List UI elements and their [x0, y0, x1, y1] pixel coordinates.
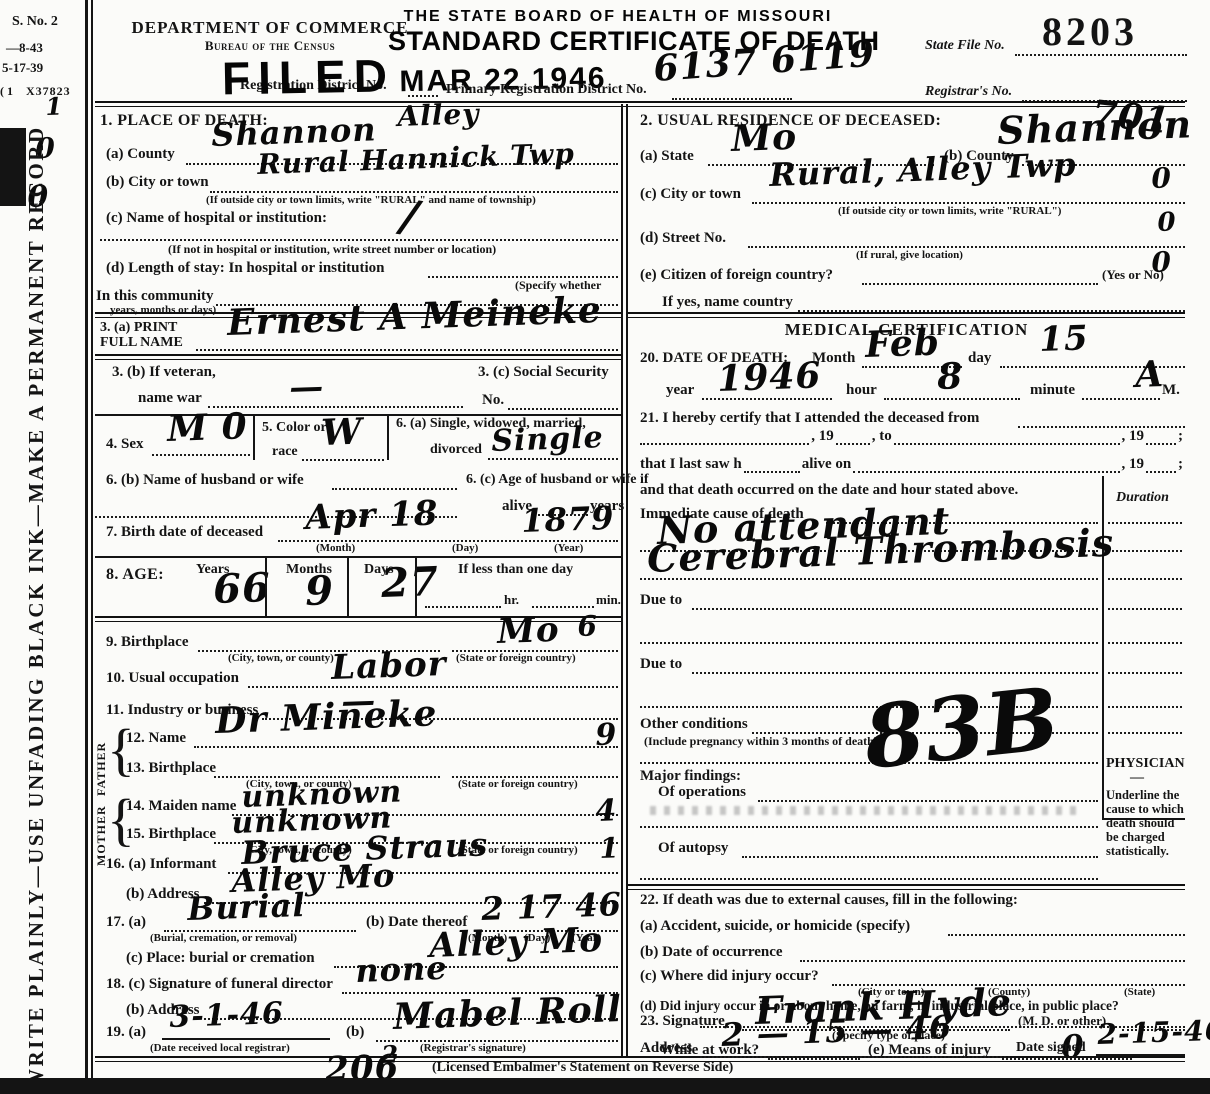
hw-father-mark: 9 — [595, 717, 618, 753]
year-label: year — [666, 382, 694, 399]
city-town-label: (b) City or town — [106, 174, 209, 191]
m-label: M. — [1162, 382, 1180, 399]
street-note: (If rural, give location) — [856, 249, 963, 261]
color-race-label2: race — [272, 444, 298, 460]
hw-death-day: 15 — [1039, 318, 1090, 360]
dotted-line — [692, 606, 1098, 610]
hw-date-signed: 2-15-46 — [1097, 1014, 1210, 1051]
form-code: S. No. 2 — [12, 14, 58, 30]
md-or-other-note: (M. D. or other) — [1018, 1013, 1106, 1029]
month-note: (Month) — [316, 542, 355, 554]
dotted-line — [836, 441, 870, 445]
sex-label: 4. Sex — [106, 436, 144, 453]
hw-death-minute: A — [1135, 353, 1165, 396]
dotted-line — [100, 237, 618, 241]
state-file-label: State File No. — [925, 38, 1005, 54]
of-operations-label: Of operations — [658, 784, 746, 801]
solid-line — [162, 1038, 330, 1040]
dotted-line — [1108, 704, 1182, 708]
birthplace-label: 9. Birthplace — [106, 634, 189, 651]
dotted-line — [532, 604, 594, 608]
hw-residence-mark: 0 — [1151, 161, 1173, 195]
dotted-line — [752, 200, 1185, 204]
birthplace-state-note: (State or foreign country) — [456, 652, 576, 664]
hw-birthplace-mark: 6 — [577, 609, 599, 643]
hw-birthplace-state: Mo — [497, 610, 561, 652]
dotted-line — [302, 457, 384, 461]
dotted-line — [853, 469, 1119, 473]
certify-19b: , 19 — [1120, 428, 1147, 445]
day-note: (Day) — [452, 542, 478, 554]
dotted-line — [1146, 441, 1176, 445]
death-certificate-page: S. No. 2 —8-43 5-17-39 ( 1 X37823 1 0 0 … — [0, 0, 1210, 1094]
cell-divider — [387, 416, 389, 460]
of-autopsy-label: Of autopsy — [658, 840, 728, 857]
hw-county-value2: Alley — [397, 97, 480, 133]
hw-birthdate-year: 1879 — [521, 499, 615, 540]
dotted-line — [640, 576, 1098, 580]
duration-header: Duration — [1116, 490, 1169, 506]
hw-mother-mark: 4 — [595, 793, 618, 829]
residence-city-label: (c) City or town — [640, 186, 741, 203]
embalmer-note: (Licensed Embalmer's Statement on Revers… — [432, 1060, 733, 1076]
registrar-number-label: Registrar's No. — [925, 84, 1012, 100]
physician-signature-label: 23. Signature — [640, 1013, 725, 1030]
color-race-label1: 5. Color or — [262, 420, 327, 436]
dotted-line — [1146, 469, 1176, 473]
dotted-line — [748, 244, 1185, 248]
form-code: ( 1 — [0, 84, 13, 99]
hour-label: hour — [846, 382, 877, 399]
min-label: min. — [596, 592, 621, 608]
hw-findings-scrawl: 83B — [859, 668, 1064, 789]
margin-instruction-vertical: WRITE PLAINLY—USE UNFADING BLACK INK—MAK… — [24, 218, 49, 1090]
birthdate-label: 7. Birth date of deceased — [106, 524, 263, 541]
dotted-line — [332, 486, 457, 490]
department-title: DEPARTMENT OF COMMERCE — [115, 18, 425, 38]
divider-horizontal — [95, 556, 621, 558]
major-findings-label: Major findings: — [640, 768, 741, 785]
marital-label2: divorced — [430, 442, 482, 458]
length-of-stay-label: (d) Length of stay: In hospital or insti… — [106, 260, 385, 277]
divider-horizontal — [628, 884, 1185, 890]
physician-dash: — — [1130, 770, 1144, 786]
day-label: day — [968, 350, 991, 367]
hw-death-month: Feb — [865, 321, 941, 366]
hw-footer-mark: 2 — [381, 1039, 400, 1069]
print-label-line1: 3. (a) PRINT — [100, 320, 177, 336]
dotted-line — [1108, 640, 1182, 644]
certify-line1: 21. I hereby certify that I attended the… — [640, 410, 979, 427]
yes-or-no-note: (Yes or No) — [1102, 267, 1164, 283]
hr-label: hr. — [504, 592, 519, 608]
hw-race-value: W — [321, 411, 364, 454]
dotted-line — [742, 854, 1098, 858]
hw-informant-mark: 1 — [599, 831, 621, 865]
injury-state-note: (State) — [1124, 986, 1155, 998]
accident-label: (a) Accident, suicide, or homicide (spec… — [640, 918, 910, 935]
physician-address-label: Address — [640, 1040, 692, 1057]
column-divider — [626, 104, 628, 1056]
dotted-line — [894, 441, 1120, 445]
dotted-line — [744, 469, 800, 473]
hw-veteran-value: — — [289, 367, 325, 408]
registrar-sig-label: (b) — [346, 1024, 364, 1041]
certify-19a: , 19 — [809, 428, 836, 445]
minute-label: minute — [1030, 382, 1075, 399]
other-conditions-label: Other conditions — [640, 716, 748, 733]
primary-registration-label: Primary Registration District No. — [446, 82, 647, 98]
certify-line2: , 19 , to , 19 ; — [640, 428, 1185, 445]
father-birthplace-label: 13. Birthplace — [126, 760, 216, 777]
occupation-label: 10. Usual occupation — [106, 670, 239, 687]
dotted-line — [1108, 520, 1182, 524]
father-bp-state-note: (State or foreign country) — [458, 778, 578, 790]
informant-label: 16. (a) Informant — [106, 856, 216, 873]
disposal-label: 17. (a) — [106, 914, 146, 931]
hw-death-year: 1946 — [717, 354, 823, 400]
certify-line4: and that death occurred on the date and … — [640, 482, 1018, 499]
scan-artifact-blob — [0, 128, 26, 206]
dotted-line — [640, 640, 1098, 644]
dotted-line — [152, 452, 250, 456]
dotted-line — [1108, 606, 1182, 610]
dotted-line — [640, 876, 1098, 880]
city-town-note: (If outside city or town limits, write "… — [206, 194, 536, 206]
street-no-label: (d) Street No. — [640, 230, 726, 247]
hw-physician-address: 2 — 15 — 46 — [721, 1008, 953, 1054]
less-than-one-day-label: If less than one day — [458, 562, 573, 578]
certify-to: , to — [870, 428, 894, 445]
divider-horizontal — [95, 101, 1185, 107]
hw-residence-state: Mo — [731, 116, 798, 160]
mother-maiden-label: 14. Maiden name — [126, 798, 236, 815]
hw-sex-value: M 0 — [167, 405, 249, 450]
citizen-label: (e) Citizen of foreign country? — [640, 267, 833, 284]
dotted-line — [1108, 548, 1182, 552]
dotted-line — [1082, 396, 1160, 400]
in-this-community-label: In this community — [96, 288, 214, 305]
cell-divider — [415, 558, 417, 616]
hw-birthdate-monthday: Apr 18 — [305, 493, 440, 538]
burial-place-label: (c) Place: burial or cremation — [126, 950, 315, 967]
hw-registrar-signature: Mabel Roll — [393, 988, 623, 1038]
mother-birthplace-label: 15. Birthplace — [126, 826, 216, 843]
residence-city-note: (If outside city or town limits, write "… — [838, 205, 1061, 217]
certify-line3: that I last saw h alive on , 19 ; — [640, 456, 1185, 473]
date-signed-label: Date signed — [1016, 1040, 1086, 1056]
solid-line — [1096, 1054, 1185, 1056]
father-name-label: 12. Name — [126, 730, 186, 747]
dotted-line — [640, 441, 809, 445]
form-code: 5-17-39 — [2, 60, 43, 76]
birthplace-city-note: (City, town, or county) — [228, 652, 334, 664]
filed-stamp-word: FILED — [222, 49, 396, 104]
occurrence-date-label: (b) Date of occurrence — [640, 944, 783, 961]
dotted-line — [948, 932, 1185, 936]
physician-title: PHYSICIAN — [1106, 756, 1186, 772]
hw-full-name: Ernest A Meineke — [227, 289, 603, 344]
hw-residence-mark: 0 — [1157, 207, 1177, 238]
scan-artifact-bar — [0, 1078, 1210, 1094]
dotted-line — [862, 281, 1098, 285]
name-country-label: If yes, name country — [662, 294, 793, 311]
board-title: THE STATE BOARD OF HEALTH OF MISSOURI — [398, 8, 838, 26]
injury-where-label: (c) Where did injury occur? — [640, 968, 819, 985]
registrar-received-label: 19. (a) — [106, 1024, 146, 1041]
hw-age-months: 9 — [304, 567, 334, 615]
alive-on-label: alive on — [800, 456, 854, 473]
state-file-number: 8203 — [1042, 8, 1138, 55]
hw-disposal-value: Burial — [187, 886, 306, 928]
physician-note: Underline the cause to which death shoul… — [1106, 788, 1186, 858]
divider-vertical — [91, 0, 93, 1094]
hw-residence-county: Shannon — [996, 101, 1192, 153]
hw-death-hour: 8 — [937, 355, 965, 398]
age-label: 8. AGE: — [106, 566, 164, 584]
hw-father-name: Dr Mineke — [215, 692, 439, 742]
dotted-line — [194, 744, 618, 748]
dotted-line — [1108, 730, 1182, 734]
hw-residence-city: Rural, Alley Twp — [769, 145, 1077, 194]
cell-divider — [265, 558, 267, 616]
illegible-smudge — [650, 806, 1080, 815]
dotted-line — [672, 96, 792, 100]
dotted-line — [1108, 576, 1182, 580]
hw-funeral-director-value: none — [355, 949, 449, 990]
external-causes-title: 22. If death was due to external causes,… — [640, 892, 1018, 909]
spouse-age-label: 6. (c) Age of husband or wife if — [466, 472, 649, 488]
divider-horizontal — [95, 354, 621, 360]
hw-date-received: 3-1-46 — [169, 996, 285, 1035]
divider-vertical — [85, 0, 88, 1094]
certify-semicolon: ; — [1176, 428, 1185, 445]
date-received-note: (Date received local registrar) — [150, 1042, 290, 1054]
dotted-line — [800, 958, 1185, 962]
ssn-label: 3. (c) Social Security — [478, 364, 609, 381]
dotted-line — [508, 406, 618, 410]
due-to-label-2: Due to — [640, 656, 682, 673]
veteran-label: 3. (b) If veteran, — [112, 364, 216, 381]
funeral-director-label: 18. (c) Signature of funeral director — [106, 976, 333, 993]
physician-box-border — [1102, 818, 1185, 820]
certify-semicolon2: ; — [1176, 456, 1185, 473]
dotted-line — [196, 347, 618, 351]
dotted-line — [1108, 670, 1182, 674]
last-saw-label: that I last saw h — [640, 456, 744, 473]
dotted-line — [700, 1054, 1010, 1058]
divider-horizontal — [628, 312, 1185, 318]
print-label-line2: FULL NAME — [100, 335, 183, 351]
county-label: (a) County — [106, 146, 175, 163]
cell-divider — [347, 558, 349, 616]
certify-19c: , 19 — [1120, 456, 1147, 473]
registrar-signature-note: (Registrar's signature) — [420, 1042, 526, 1054]
pregnancy-note: (Include pregnancy within 3 months of de… — [644, 734, 878, 749]
due-to-label-1: Due to — [640, 592, 682, 609]
hospital-label: (c) Name of hospital or institution: — [106, 210, 327, 227]
dotted-line — [425, 604, 501, 608]
hospital-note: (If not in hospital or institution, writ… — [168, 242, 496, 257]
name-war-label: name war — [138, 390, 202, 407]
spouse-name-label: 6. (b) Name of husband or wife — [106, 472, 304, 489]
hw-margin-mark: 1 — [45, 91, 64, 121]
ssn-no-label: No. — [482, 392, 504, 409]
hw-marital-value: Single — [491, 420, 604, 459]
year-note: (Year) — [554, 542, 583, 554]
cell-divider — [253, 416, 255, 460]
form-code: —8-43 — [6, 40, 43, 56]
dotted-line — [248, 684, 618, 688]
dotted-line — [758, 798, 1098, 802]
hw-burial-place-value: Alley Mo — [429, 920, 604, 966]
hw-age-years: 66 — [212, 564, 271, 613]
dotted-line — [640, 824, 1098, 828]
residence-state-label: (a) State — [640, 148, 694, 165]
disposal-note: (Burial, cremation, or removal) — [150, 932, 297, 944]
hw-age-days: 27 — [380, 558, 439, 607]
